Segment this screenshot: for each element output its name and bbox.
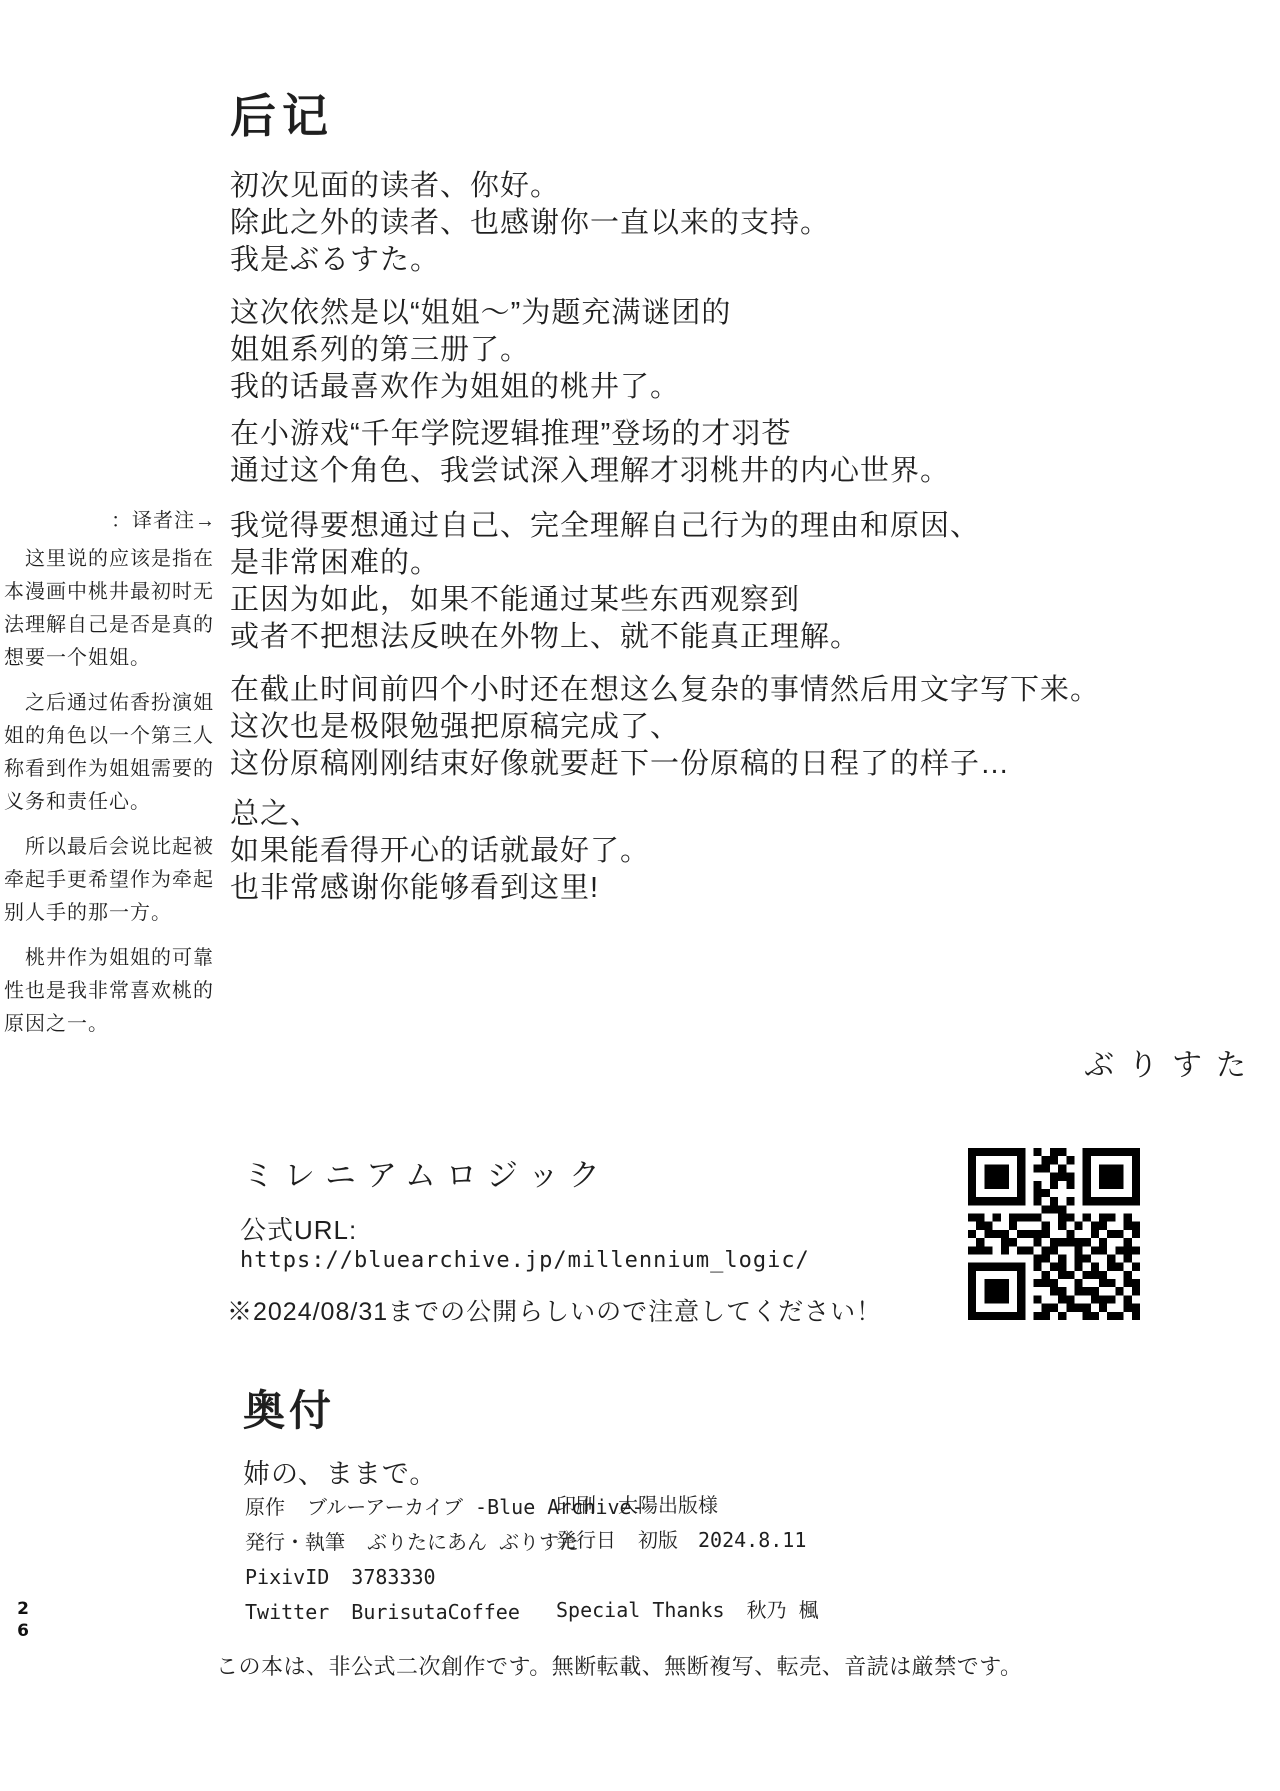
colophon-row: 発行日初版 2024.8.11 xyxy=(556,1523,819,1558)
paragraph-line: 通过这个角色、我尝试深入理解才羽桃井的内心世界。 xyxy=(230,453,950,490)
colophon-value: BurisutaCoffee xyxy=(351,1600,520,1624)
paragraph-line: 是非常困难的。 xyxy=(230,545,980,582)
afterword-title: 后记 xyxy=(230,80,334,146)
translator-note-line: 之后通过佑香扮演姐 xyxy=(4,687,220,720)
translator-note-line: 原因之一。 xyxy=(4,1008,220,1041)
paragraph-line: 这份原稿刚刚结束好像就要赶下一份原稿的日程了的样子… xyxy=(230,746,1100,783)
translator-note-line: 想要一个姐姐。 xyxy=(4,642,220,675)
paragraph-line: 或者不把想法反映在外物上、就不能真正理解。 xyxy=(230,619,980,656)
colophon-label: PixivID xyxy=(245,1560,329,1595)
afterword-paragraph-1: 初次见面的读者、你好。 除此之外的读者、也感谢你一直以来的支持。 我是ぶるすた。 xyxy=(230,168,830,279)
translator-note-line: 牵起手更希望作为牵起 xyxy=(4,864,220,897)
translator-note-line: 法理解自己是否是真的 xyxy=(4,609,220,642)
translator-note: ：译者注→ 这里说的应该是指在 本漫画中桃井最初时无 法理解自己是否是真的 想要… xyxy=(4,505,220,1041)
afterword-paragraph-5: 在截止时间前四个小时还在想这么复杂的事情然后用文字写下来。 这次也是极限勉强把原… xyxy=(230,672,1100,783)
translator-note-line: 称看到作为姐姐需要的 xyxy=(4,753,220,786)
paragraph-line: 正因为如此，如果不能通过某些东西观察到 xyxy=(230,582,980,619)
paragraph-line: 姐姐系列的第三册了。 xyxy=(230,332,731,369)
colophon-label: 発行・執筆 xyxy=(245,1525,345,1560)
afterword-paragraph-6: 总之、 如果能看得开心的话就最好了。 也非常感谢你能够看到这里! xyxy=(230,796,650,907)
translator-note-line: 本漫画中桃井最初时无 xyxy=(4,576,220,609)
paragraph-line: 在小游戏“千年学院逻辑推理”登场的才羽苍 xyxy=(230,416,950,453)
book-title: 姉の、ままで。 xyxy=(243,1452,437,1491)
paragraph-line: 初次见面的读者、你好。 xyxy=(230,168,830,205)
colophon-heading: 奥付 xyxy=(243,1378,335,1438)
afterword-paragraph-3: 在小游戏“千年学院逻辑推理”登场的才羽苍 通过这个角色、我尝试深入理解才羽桃井的… xyxy=(230,416,950,490)
qr-code xyxy=(968,1148,1140,1320)
paragraph-line: 我觉得要想通过自己、完全理解自己行为的理由和原因、 xyxy=(230,508,980,545)
disclaimer: この本は、非公式二次創作です。無断転載、無断複写、転売、音読は厳禁です。 xyxy=(216,1650,1022,1681)
colophon-value: ぶりたにあん ぶりすた xyxy=(367,1530,579,1554)
page-number-digit: 6 xyxy=(14,1620,32,1642)
colophon-row: Special Thanks秋乃 楓 xyxy=(556,1593,819,1628)
paragraph-line: 这次依然是以“姐姐～”为题充满谜团的 xyxy=(230,295,731,332)
translator-note-line: 义务和责任心。 xyxy=(4,786,220,819)
colophon-value: 初版 2024.8.11 xyxy=(638,1528,806,1552)
colophon-label: 発行日 xyxy=(556,1523,616,1558)
afterword-paragraph-4: 我觉得要想通过自己、完全理解自己行为的理由和原因、 是非常困难的。 正因为如此，… xyxy=(230,508,980,656)
colophon-right-column: 印刷大陽出版様 発行日初版 2024.8.11 Special Thanks秋乃… xyxy=(556,1488,819,1628)
translator-note-line: 这里说的应该是指在 xyxy=(4,543,220,576)
colophon-row: 印刷大陽出版様 xyxy=(556,1488,819,1523)
paragraph-line: 这次也是极限勉强把原稿完成了、 xyxy=(230,709,1100,746)
page-number-digit: 2 xyxy=(14,1598,32,1620)
translator-note-label: ：译者注→ xyxy=(4,505,220,538)
official-url-label: 公式URL: xyxy=(240,1210,357,1247)
translator-note-line: 性也是我非常喜欢桃的 xyxy=(4,975,220,1008)
paragraph-line: 总之、 xyxy=(230,796,650,833)
minigame-title: ミレニアムロジック xyxy=(243,1150,610,1195)
translator-note-line: 所以最后会说比起被 xyxy=(4,831,220,864)
paragraph-line: 也非常感谢你能够看到这里! xyxy=(230,870,650,907)
colophon-value: 3783330 xyxy=(351,1565,435,1589)
translator-note-line: 姐的角色以一个第三人 xyxy=(4,720,220,753)
page-number: 2 6 xyxy=(14,1598,32,1642)
author-signature: ぶりすた xyxy=(860,1040,1260,1084)
afterword-paragraph-2: 这次依然是以“姐姐～”为题充满谜团的 姐姐系列的第三册了。 我的话最喜欢作为姐姐… xyxy=(230,295,731,406)
paragraph-line: 除此之外的读者、也感谢你一直以来的支持。 xyxy=(230,205,830,242)
paragraph-line: 如果能看得开心的话就最好了。 xyxy=(230,833,650,870)
paragraph-line: 我是ぶるすた。 xyxy=(230,242,830,279)
paragraph-line: 在截止时间前四个小时还在想这么复杂的事情然后用文字写下来。 xyxy=(230,672,1100,709)
paragraph-line: 我的话最喜欢作为姐姐的桃井了。 xyxy=(230,369,731,406)
availability-note: ※2024/08/31までの公開らしいので注意してください！ xyxy=(227,1292,882,1328)
colophon-label: Twitter xyxy=(245,1595,329,1630)
colophon-label: Special Thanks xyxy=(556,1593,725,1628)
colophon-label: 原作 xyxy=(245,1490,285,1525)
official-url: https://bluearchive.jp/millennium_logic/ xyxy=(240,1248,810,1273)
colophon-value: 大陽出版様 xyxy=(618,1493,718,1517)
colophon-value: 秋乃 楓 xyxy=(747,1598,819,1622)
translator-note-line: 别人手的那一方。 xyxy=(4,897,220,930)
translator-note-line: 桃井作为姐姐的可靠 xyxy=(4,942,220,975)
colophon-label: 印刷 xyxy=(556,1488,596,1523)
